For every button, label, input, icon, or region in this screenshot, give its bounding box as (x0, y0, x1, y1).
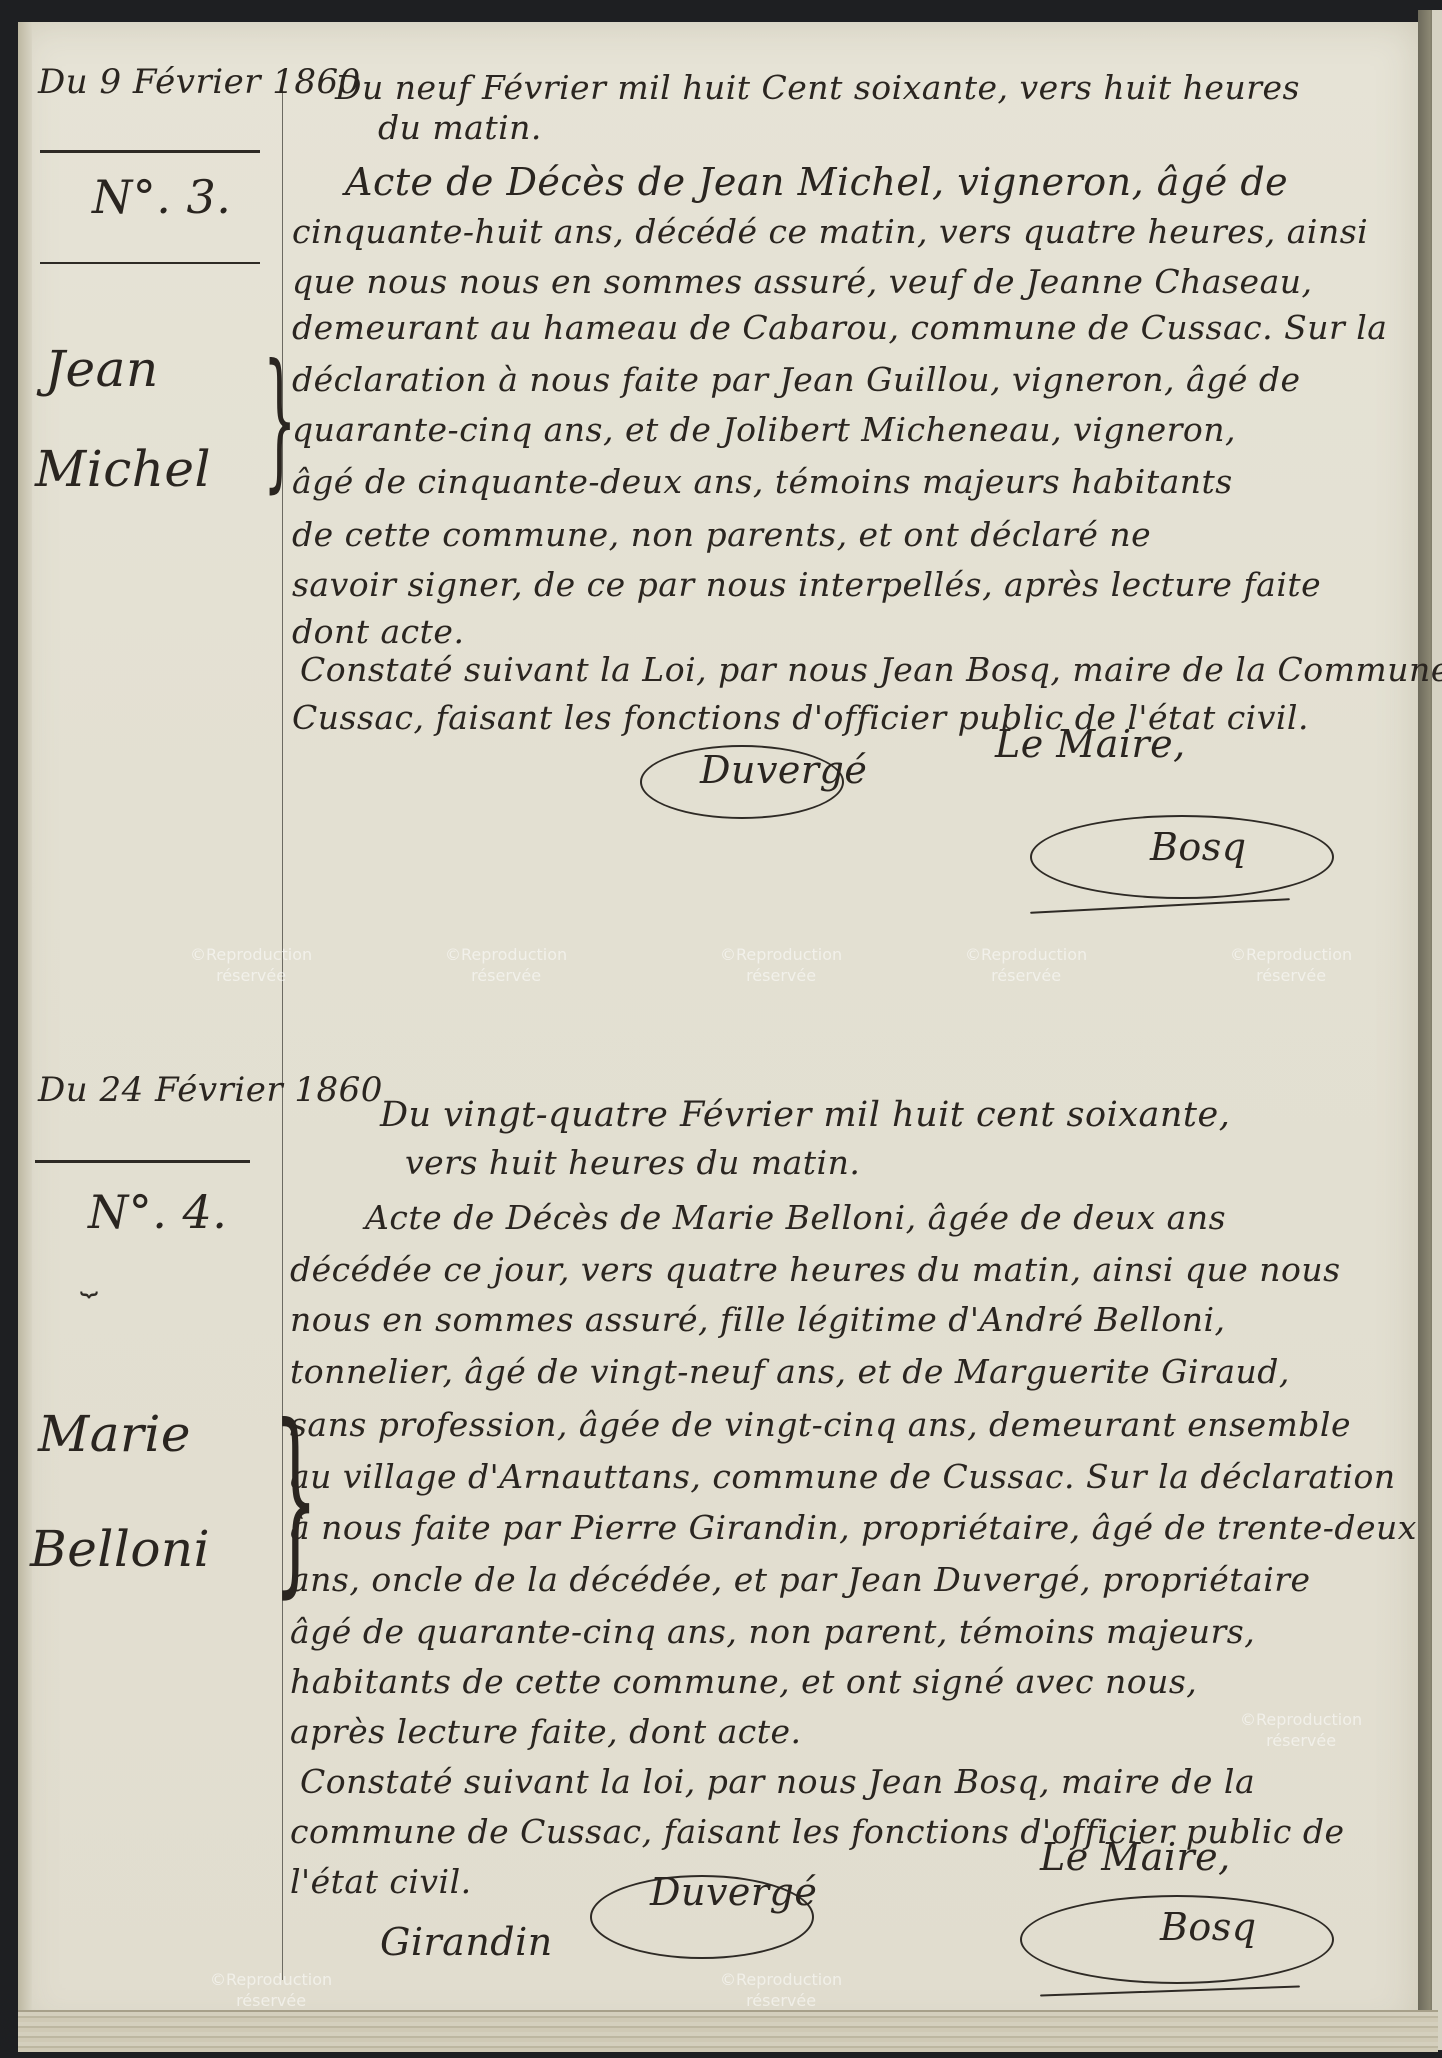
margin-date: Du 9 Février 1860 (38, 62, 361, 102)
witness-signature: Duvergé (700, 748, 867, 792)
watermark: ©Reproductionréservée (190, 945, 312, 987)
mayor-title: Le Maire, (995, 722, 1186, 766)
watermark: ©Reproductionréservée (210, 1970, 332, 2012)
margin-ornament: ⏟ (80, 1262, 98, 1297)
record-line: Du vingt-quatre Février mil huit cent so… (380, 1095, 1230, 1135)
record-line: dont acte. (292, 612, 464, 651)
mayor-title: Le Maire, (1040, 1835, 1231, 1879)
margin-separator (40, 262, 260, 264)
watermark: ©Reproductionréservée (1230, 945, 1352, 987)
record-line: âgé de quarante-cinq ans, non parent, té… (290, 1612, 1255, 1651)
record-line: décédée ce jour, vers quatre heures du m… (290, 1250, 1341, 1289)
record-line: cinquante-huit ans, décédé ce matin, ver… (292, 212, 1368, 251)
record-line: âgé de cinquante-deux ans, témoins majeu… (292, 462, 1233, 501)
record-line: après lecture faite, dont acte. (290, 1712, 802, 1751)
record-line: à nous faite par Pierre Girandin, propri… (290, 1508, 1417, 1547)
record-line: demeurant au hameau de Cabarou, commune … (292, 308, 1387, 347)
deceased-last-name: Michel (35, 440, 211, 498)
page-left-edge (18, 22, 32, 2032)
deceased-first-name: Marie (38, 1405, 191, 1463)
watermark: ©Reproductionréservée (1240, 1710, 1362, 1752)
record-line: vers huit heures du matin. (405, 1143, 860, 1182)
witness-signature: Girandin (380, 1920, 553, 1964)
record-line: sans profession, âgée de vingt-cinq ans,… (290, 1405, 1351, 1444)
deceased-first-name: Jean (45, 340, 159, 398)
act-number: N°. 3. (92, 170, 231, 224)
margin-separator (40, 150, 260, 153)
watermark: ©Reproductionréservée (445, 945, 567, 987)
record-line: savoir signer, de ce par nous interpellé… (292, 565, 1321, 604)
mayor-signature: Bosq (1160, 1905, 1257, 1949)
record-line: de cette commune, non parents, et ont dé… (292, 515, 1151, 554)
record-line: Acte de Décès de Jean Michel, vigneron, … (345, 160, 1288, 204)
record-line: au village d'Arnauttans, commune de Cuss… (290, 1457, 1396, 1496)
record-line: Du neuf Février mil huit Cent soixante, … (335, 68, 1300, 107)
record-line: habitants de cette commune, et ont signé… (290, 1662, 1197, 1701)
record-line: que nous nous en sommes assuré, veuf de … (292, 262, 1312, 301)
deceased-last-name: Belloni (30, 1520, 210, 1578)
record-line: ans, oncle de la décédée, et par Jean Du… (290, 1560, 1311, 1599)
record-line: quarante-cinq ans, et de Jolibert Michen… (292, 410, 1236, 449)
witness-signature: Duvergé (650, 1870, 817, 1914)
record-line: Acte de Décès de Marie Belloni, âgée de … (365, 1198, 1226, 1237)
margin-separator (35, 1160, 250, 1163)
closing-line: Constaté suivant la loi, par nous Jean B… (300, 1762, 1255, 1801)
act-number: N°. 4. (88, 1185, 227, 1239)
watermark: ©Reproductionréservée (720, 945, 842, 987)
facing-page-edge (1432, 10, 1442, 2050)
record-line: déclaration à nous faite par Jean Guillo… (292, 360, 1301, 399)
closing-line: l'état civil. (290, 1862, 472, 1901)
record-line: du matin. (378, 108, 542, 147)
margin-date: Du 24 Février 1860 (38, 1070, 383, 1110)
record-line: nous en sommes assuré, fille légitime d'… (290, 1300, 1226, 1339)
mayor-signature: Bosq (1150, 825, 1247, 869)
page-stack-edge (18, 2010, 1438, 2052)
watermark: ©Reproductionréservée (965, 945, 1087, 987)
record-line: tonnelier, âgé de vingt-neuf ans, et de … (290, 1352, 1290, 1391)
watermark: ©Reproductionréservée (720, 1970, 842, 2012)
closing-line: Constaté suivant la Loi, par nous Jean B… (300, 650, 1442, 689)
